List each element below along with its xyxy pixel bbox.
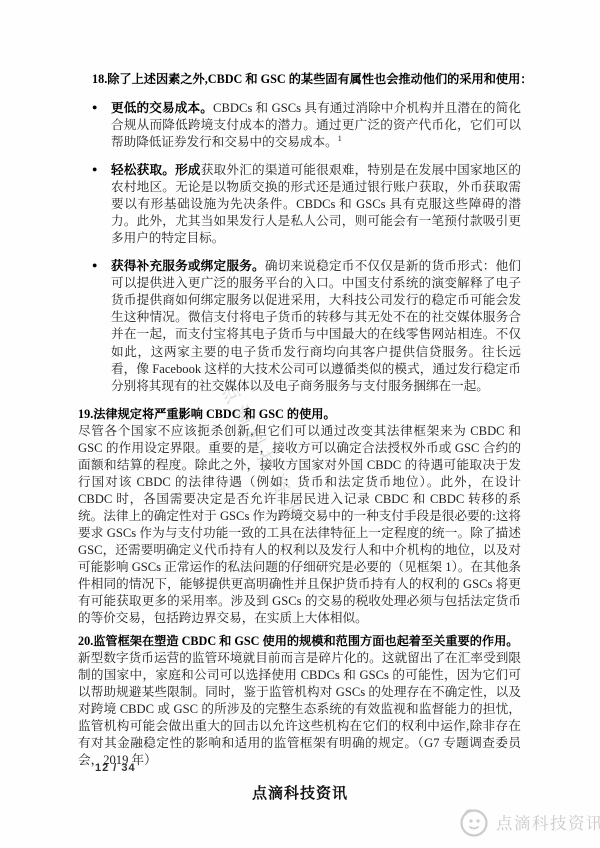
corner-watermark-text: 点滴科技资讯 [496, 810, 600, 834]
bullet-lead: 获得补充服务或绑定服务。 [111, 259, 265, 273]
droplet-face-logo-icon [458, 806, 490, 838]
corner-watermark: 点滴科技资讯 [458, 806, 600, 838]
page-number: 12 / 34 [95, 762, 136, 774]
paragraph-18-heading: 18.除了上述因素之外,CBDC 和 GSC 的某些固有属性也会推动他们的采用和… [92, 70, 521, 88]
bullet-item-bundled-services: ● 获得补充服务或绑定服务。确切来说稳定币不仅仅是新的货币形式：他们可以提供进入… [92, 258, 521, 396]
paragraph-19-heading: 19.法律规定将严重影响 CBDC 和 GSC 的使用。 [78, 405, 521, 423]
paragraph-20-heading: 20.监管框架在塑造 CBDC 和 GSC 使用的规模和范围方面也起着至关重要的… [78, 632, 521, 650]
bullet-dot-icon: ● [92, 164, 97, 174]
bullet-lead: 更低的交易成本。 [111, 101, 213, 115]
document-content: 18.除了上述因素之外,CBDC 和 GSC 的某些固有属性也会推动他们的采用和… [78, 70, 521, 769]
paragraph-20-body: 新型数字货币运营的监管环境就目前而言是碎片化的。这就留出了在汇率受到限制的国家中… [78, 650, 521, 769]
bullet-body: 确切来说稳定币不仅仅是新的货币形式：他们可以提供进入更广泛的服务平台的入口。中国… [111, 259, 521, 393]
bullet-text: 更低的交易成本。CBDCs 和 GSCs 具有通过消除中介机构并且潜在的简化合规… [111, 100, 521, 152]
bullet-dot-icon: ● [92, 260, 97, 270]
bullet-list: ● 更低的交易成本。CBDCs 和 GSCs 具有通过消除中介机构并且潜在的简化… [92, 100, 521, 395]
paragraph-19-body: 尽管各个国家不应该扼杀创新,但它们可以通过改变其法律框架来为 CBDC 和 GS… [78, 423, 521, 627]
bullet-item-easy-access: ● 轻松获取。形成获取外汇的渠道可能很艰难，特别是在发展中国家地区的农村地区。无… [92, 162, 521, 248]
bullet-text: 轻松获取。形成获取外汇的渠道可能很艰难，特别是在发展中国家地区的农村地区。无论是… [111, 162, 521, 248]
bullet-dot-icon: ● [92, 102, 97, 112]
bullet-lead: 轻松获取。形成 [111, 163, 201, 177]
footnote-marker: 1 [338, 134, 342, 143]
footer-brand: 点滴科技资讯 [0, 782, 600, 803]
bullet-text: 获得补充服务或绑定服务。确切来说稳定币不仅仅是新的货币形式：他们可以提供进入更广… [111, 258, 521, 396]
document-page: 点滴科技资讯 18.除了上述因素之外,CBDC 和 GSC 的某些固有属性也会推… [0, 0, 600, 848]
bullet-item-lower-transaction-costs: ● 更低的交易成本。CBDCs 和 GSCs 具有通过消除中介机构并且潜在的简化… [92, 100, 521, 152]
